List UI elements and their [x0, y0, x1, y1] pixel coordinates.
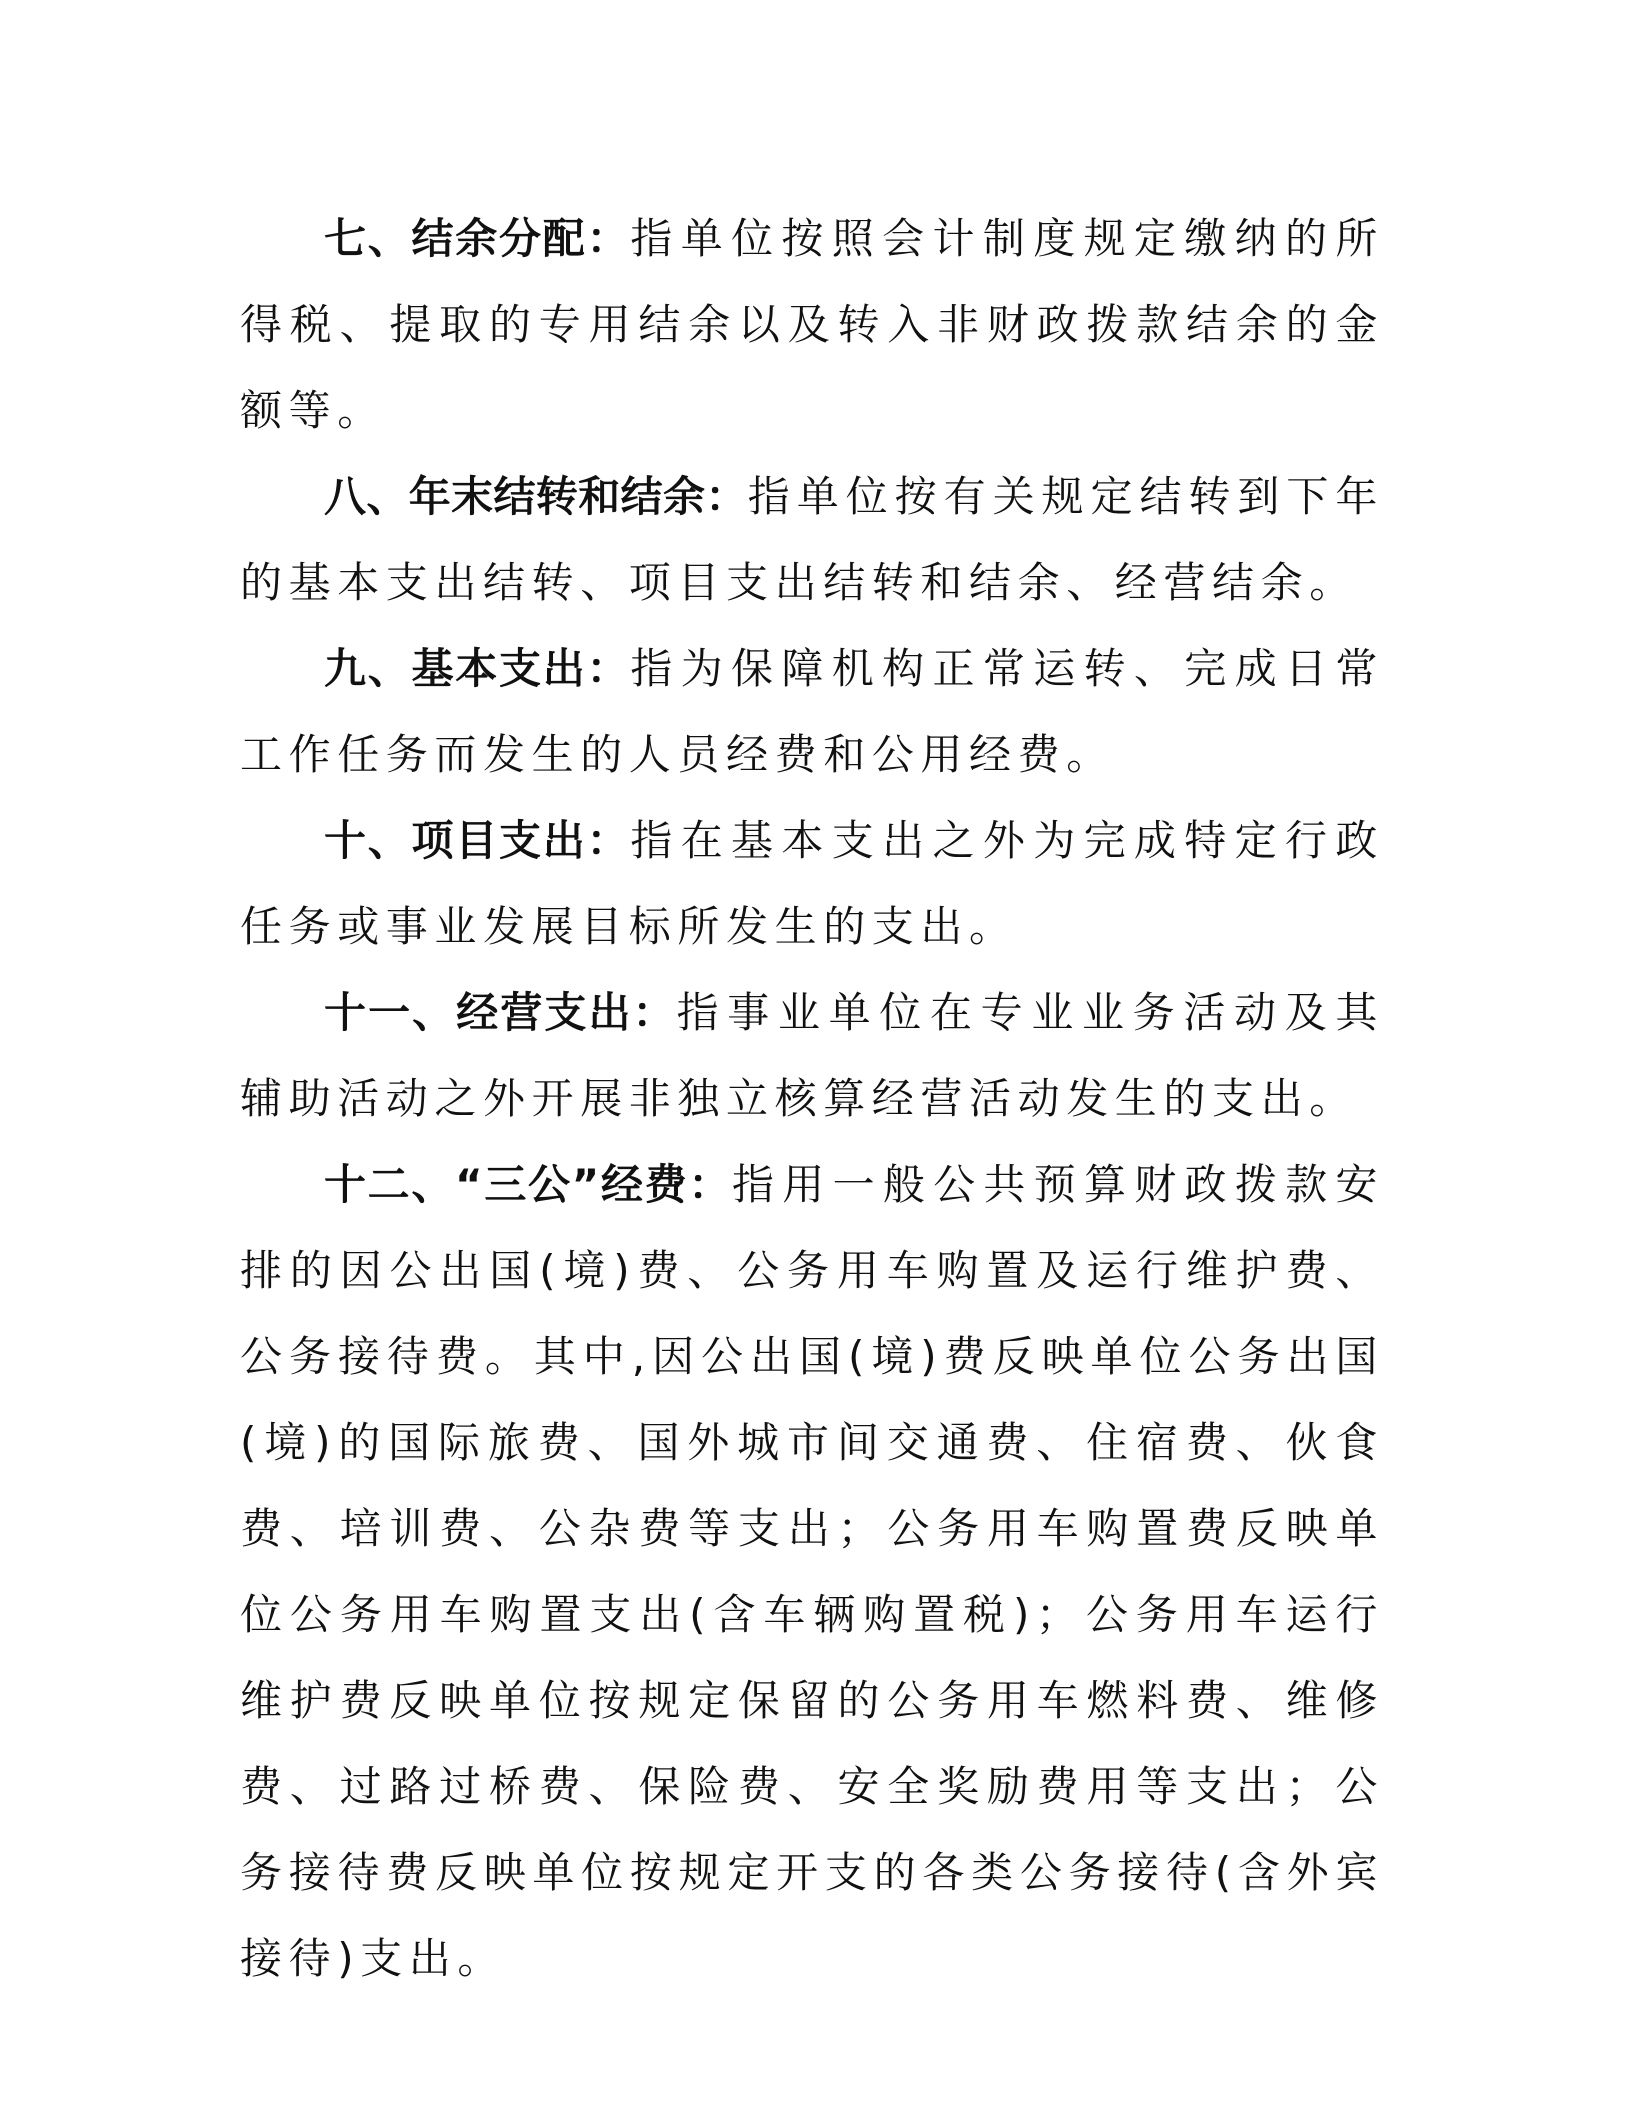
term-heading: 十二、“三公”经费：: [324, 1160, 732, 1209]
term-heading: 七、结余分配：: [324, 214, 630, 263]
paragraph-year-end-carryover: 八、年末结转和结余：指单位按有关规定结转到下年的基本支出结转、项目支出结转和结余…: [240, 454, 1384, 626]
paragraph-basic-expenditure: 九、基本支出：指为保障机构正常运转、完成日常工作任务而发生的人员经费和公用经费。: [240, 626, 1384, 798]
paragraph-project-expenditure: 十、项目支出：指在基本支出之外为完成特定行政任务或事业发展目标所发生的支出。: [240, 798, 1384, 970]
term-heading: 十一、经营支出：: [324, 988, 677, 1037]
term-definition: 指用一般公共预算财政拨款安排的因公出国(境)费、公务用车购置及运行维护费、公务接…: [240, 1160, 1384, 1983]
paragraph-surplus-distribution: 七、结余分配：指单位按照会计制度规定缴纳的所得税、提取的专用结余以及转入非财政拨…: [240, 196, 1384, 454]
paragraph-operating-expenditure: 十一、经营支出：指事业单位在专业业务活动及其辅助活动之外开展非独立核算经营活动发…: [240, 970, 1384, 1142]
term-heading: 八、年末结转和结余：: [324, 472, 748, 521]
paragraph-three-public-expenses: 十二、“三公”经费：指用一般公共预算财政拨款安排的因公出国(境)费、公务用车购置…: [240, 1142, 1384, 2002]
term-heading: 九、基本支出：: [324, 644, 630, 693]
term-heading: 十、项目支出：: [324, 816, 630, 865]
document-page: 七、结余分配：指单位按照会计制度规定缴纳的所得税、提取的专用结余以及转入非财政拨…: [240, 196, 1384, 2002]
